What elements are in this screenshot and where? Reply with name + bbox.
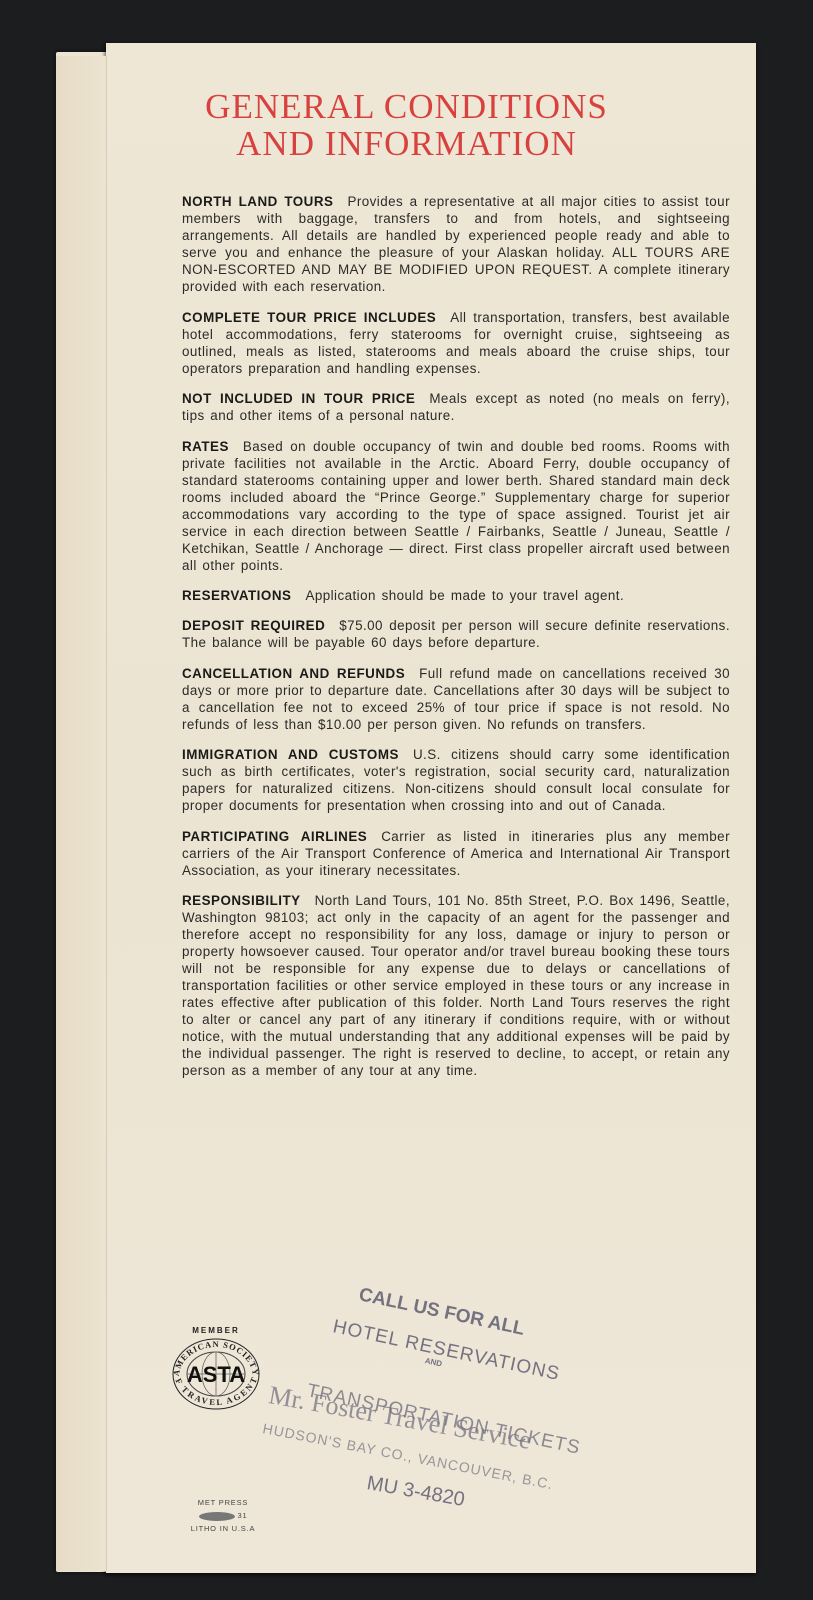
- union-bug-icon: [199, 1512, 235, 1521]
- section-cancellation: CANCELLATION AND REFUNDSFull refund made…: [182, 665, 730, 733]
- section-reservations: RESERVATIONSApplication should be made t…: [182, 587, 730, 604]
- section-north-land-tours: NORTH LAND TOURSProvides a representativ…: [182, 193, 730, 295]
- stamp-phone: MU 3-4820: [365, 1472, 466, 1512]
- fold-edge: [56, 56, 107, 1571]
- section-rates: RATESBased on double occupancy of twin a…: [182, 438, 730, 574]
- section-immigration: IMMIGRATION AND CUSTOMSU.S. citizens sho…: [182, 746, 730, 814]
- section-heading: RESPONSIBILITY: [182, 893, 301, 908]
- section-body: Application should be made to your trave…: [305, 588, 624, 603]
- section-deposit: DEPOSIT REQUIRED$75.00 deposit per perso…: [182, 617, 730, 651]
- conditions-list: NORTH LAND TOURSProvides a representativ…: [182, 180, 730, 1091]
- asta-member-label: MEMBER: [170, 1326, 262, 1335]
- title-line-2: AND INFORMATION: [0, 125, 813, 162]
- section-heading: RATES: [182, 439, 229, 454]
- section-not-included: NOT INCLUDED IN TOUR PRICEMeals except a…: [182, 390, 730, 424]
- section-responsibility: RESPONSIBILITYNorth Land Tours, 101 No. …: [182, 892, 730, 1079]
- section-heading: COMPLETE TOUR PRICE INCLUDES: [182, 310, 436, 325]
- section-heading: NORTH LAND TOURS: [182, 194, 333, 209]
- imprint-line-2: LITHO IN U.S.A: [178, 1522, 268, 1535]
- section-heading: CANCELLATION AND REFUNDS: [182, 666, 405, 681]
- section-heading: DEPOSIT REQUIRED: [182, 618, 325, 633]
- asta-globe-icon: AMERICAN SOCIETY OF TRAVEL AGENTS ASTA: [171, 1337, 261, 1411]
- section-heading: NOT INCLUDED IN TOUR PRICE: [182, 391, 415, 406]
- asta-member-logo: MEMBER AMERICAN SOCIETY OF TRAVEL AGENTS…: [170, 1326, 262, 1416]
- stamp-line-2: HOTEL RESERVATIONS: [331, 1316, 562, 1386]
- section-body: Provides a representative at all major c…: [182, 194, 730, 294]
- page-title: GENERAL CONDITIONS AND INFORMATION: [0, 88, 813, 162]
- asta-center-text: ASTA: [187, 1362, 245, 1387]
- section-airlines: PARTICIPATING AIRLINESCarrier as listed …: [182, 828, 730, 879]
- section-heading: IMMIGRATION AND CUSTOMS: [182, 747, 399, 762]
- section-heading: PARTICIPATING AIRLINES: [182, 829, 367, 844]
- section-heading: RESERVATIONS: [182, 588, 291, 603]
- imprint-number: 31: [237, 1511, 247, 1520]
- travel-agent-rubber-stamp: CALL US FOR ALL HOTEL RESERVATIONS TRANS…: [255, 1280, 725, 1520]
- title-line-1: GENERAL CONDITIONS: [0, 88, 813, 125]
- section-body: Based on double occupancy of twin and do…: [182, 439, 730, 573]
- section-price-includes: COMPLETE TOUR PRICE INCLUDESAll transpor…: [182, 309, 730, 377]
- section-body: North Land Tours, 101 No. 85th Street, P…: [182, 893, 730, 1078]
